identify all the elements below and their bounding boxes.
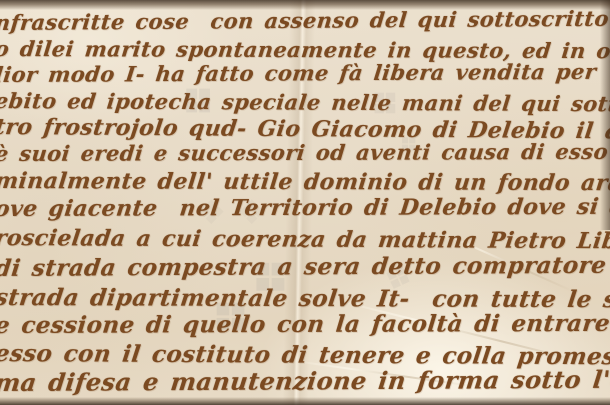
photo-edge-bottom: [0, 397, 610, 405]
handwriting-line: minalmente dell' uttile dominio di un fo…: [0, 168, 610, 196]
handwriting-line: e cessione di quello con la facoltà di e…: [0, 310, 610, 339]
photo-edge-right: [600, 0, 610, 230]
handwriting-layer: nfrascritte cose con assenso del qui sot…: [0, 0, 610, 405]
handwriting-line: ma difesa e manutenzione in forma sotto …: [0, 365, 610, 397]
handwriting-line: lior modo I- ha fatto come fà libera ven…: [0, 59, 610, 87]
handwriting-line: strada dipartimentale solve It- con tutt…: [0, 284, 610, 313]
handwriting-line: ove giacente nel Territorio di Delebio d…: [0, 194, 610, 222]
handwriting-line: di strada compestra a sera detto comprat…: [0, 252, 610, 282]
handwriting-line: ebito ed ipotecha speciale nelle mani de…: [0, 88, 610, 116]
handwriting-line: roscielada a cui coerenza da mattina Pie…: [0, 225, 610, 254]
manuscript-photo: ❖ ❖❖ ❖ ❖ ❖ ❖❖ nfrascritte cose con assen…: [0, 0, 610, 405]
handwriting-line: è suoi eredi e successori od aventi caus…: [0, 139, 610, 166]
photo-edge-top: [0, 0, 610, 10]
